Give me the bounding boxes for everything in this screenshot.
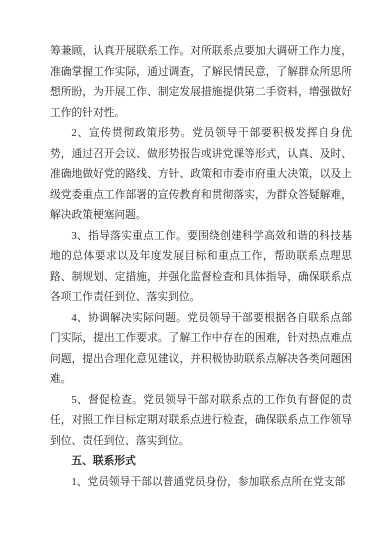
section-heading: 五、联系形式: [50, 451, 352, 472]
paragraph-item-5: 5、督促检查。党员领导干部对联系点的工作负有督促的责任，对照工作目标定期对联系点…: [50, 390, 352, 452]
document-page: 筹兼顾，认真开展联系工作。对所联系点要加大调研工作力度，准确掌握工作实际，通过调…: [0, 0, 387, 548]
paragraph-item-1-next-section: 1、党员领导干部以普通党员身份，参加联系点所在党支部: [50, 472, 352, 493]
paragraph-item-2: 2、宣传贯彻政策形势。党员领导干部要积极发挥自身优势，通过召开会议、做形势报告或…: [50, 123, 352, 226]
paragraph-item-3: 3、指导落实重点工作。要围绕创建科学高效和谐的科技基地的总体要求以及年度发展目标…: [50, 226, 352, 308]
paragraph-item-4: 4、协调解决实际问题。党员领导干部要根据各自联系点部门实际，提出工作要求。了解工…: [50, 308, 352, 390]
paragraph-continuation: 筹兼顾，认真开展联系工作。对所联系点要加大调研工作力度，准确掌握工作实际，通过调…: [50, 41, 352, 123]
